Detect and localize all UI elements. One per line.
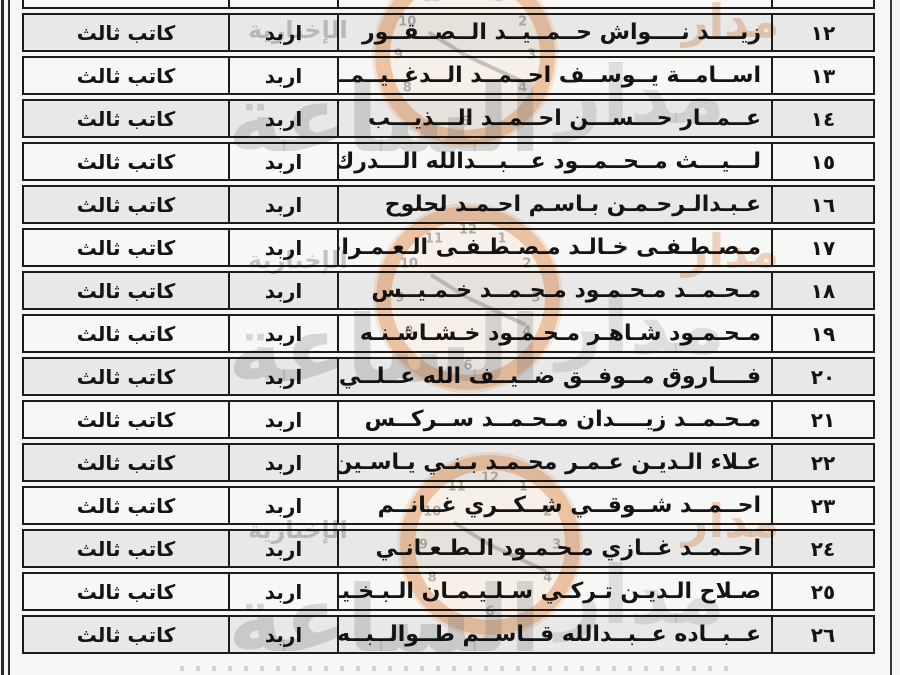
table-row: ١٥ لـــيـــث مــحــمــود عـــبـــدالله ا… xyxy=(22,142,875,181)
row-number-cell: ٢٤ xyxy=(773,531,873,566)
name-cell: عـبـدالـرحـمـن بـاسـم احـمـد لحلوح xyxy=(339,187,773,222)
job-title-cell: كاتب ثالث xyxy=(24,531,230,566)
row-number-cell: ١٣ xyxy=(773,58,873,93)
governorate-cell: اربد xyxy=(230,531,339,566)
table-row: ١٦ عـبـدالـرحـمـن بـاسـم احـمـد لحلوح ار… xyxy=(22,185,875,224)
row-number-cell: ١٥ xyxy=(773,144,873,179)
table-row: ١٣ اســامــة يــوســف احــمــد الــدغــي… xyxy=(22,56,875,95)
job-title-cell: كاتب ثالث xyxy=(24,488,230,523)
page-edge-line xyxy=(890,0,892,675)
job-title-cell: كاتب ثالث xyxy=(24,617,230,652)
table-row: ٢٠ فــــاروق مــوفــق ضــيــف الله عــلـ… xyxy=(22,357,875,396)
job-title-cell: كاتب ثالث xyxy=(24,230,230,265)
names-table: ١٢ زيــــد نــــواش حــمــيــد الــصــقـ… xyxy=(22,0,875,658)
job-title-cell: كاتب ثالث xyxy=(24,15,230,50)
row-number-cell: ٢١ xyxy=(773,402,873,437)
row-number-cell: ١٤ xyxy=(773,101,873,136)
job-title-cell: كاتب ثالث xyxy=(24,273,230,308)
name-cell: مـحـمـود شـاهـر مـحـمـود خـشـاشـنـه xyxy=(339,316,773,351)
name-cell: لـــيـــث مــحــمــود عـــبـــدالله الــ… xyxy=(339,144,773,179)
table-row-clipped xyxy=(22,0,875,9)
governorate-cell: اربد xyxy=(230,574,339,609)
cutoff-caption-text xyxy=(180,666,740,671)
job-title-cell: كاتب ثالث xyxy=(24,101,230,136)
table-row: ١٤ عــمــار حـــســـن احــمــد الـــذيــ… xyxy=(22,99,875,138)
governorate-cell xyxy=(230,0,339,7)
job-title-cell: كاتب ثالث xyxy=(24,187,230,222)
name-cell: مـحـمــد مـحـمـود مـحـمــد خـمـيــس xyxy=(339,273,773,308)
row-number-cell xyxy=(773,0,873,7)
row-number-cell: ٢٠ xyxy=(773,359,873,394)
job-title-cell: كاتب ثالث xyxy=(24,58,230,93)
governorate-cell: اربد xyxy=(230,101,339,136)
page-edge-line xyxy=(8,0,10,675)
row-number-cell: ١٦ xyxy=(773,187,873,222)
governorate-cell: اربد xyxy=(230,15,339,50)
table-row: ٢١ مـحـمــد زيــــدان مـحـمــد ســركــس … xyxy=(22,400,875,439)
row-number-cell: ١٨ xyxy=(773,273,873,308)
row-number-cell: ٢٥ xyxy=(773,574,873,609)
name-cell: مـحـمــد زيــــدان مـحـمــد ســركــس xyxy=(339,402,773,437)
governorate-cell: اربد xyxy=(230,273,339,308)
governorate-cell: اربد xyxy=(230,316,339,351)
job-title-cell: كاتب ثالث xyxy=(24,144,230,179)
name-cell: احــمــد غــازي مـحـمـود الـطـعـانـي xyxy=(339,531,773,566)
table-row: ٢٢ عـلاء الـديـن عـمـر محـمـد بـنـي يـاس… xyxy=(22,443,875,482)
table-row: ٢٦ عــبــاده عــبــدالله قــاســم طــوال… xyxy=(22,615,875,654)
governorate-cell: اربد xyxy=(230,359,339,394)
job-title-cell: كاتب ثالث xyxy=(24,445,230,480)
governorate-cell: اربد xyxy=(230,187,339,222)
name-cell: احــمــد شــوقــي شــكــري غــانــم xyxy=(339,488,773,523)
name-cell: عــمــار حـــســـن احــمــد الـــذيـــب xyxy=(339,101,773,136)
name-cell: عــبــاده عــبــدالله قــاســم طــوالــب… xyxy=(339,617,773,652)
table-row: ١٧ مـصـطـفـى خـالـد مـصـطـفـى الـعـمـرات… xyxy=(22,228,875,267)
row-number-cell: ١٧ xyxy=(773,230,873,265)
name-cell: صـلاح الـديـن تـركـي سـلـيـمـان الـبـخـي… xyxy=(339,574,773,609)
page-edge-line xyxy=(1,0,4,675)
governorate-cell: اربد xyxy=(230,230,339,265)
governorate-cell: اربد xyxy=(230,488,339,523)
governorate-cell: اربد xyxy=(230,445,339,480)
governorate-cell: اربد xyxy=(230,58,339,93)
table-row: ١٢ زيــــد نــــواش حــمــيــد الــصــقـ… xyxy=(22,13,875,52)
governorate-cell: اربد xyxy=(230,402,339,437)
job-title-cell: كاتب ثالث xyxy=(24,316,230,351)
governorate-cell: اربد xyxy=(230,144,339,179)
name-cell xyxy=(339,0,773,7)
row-number-cell: ٢٣ xyxy=(773,488,873,523)
row-number-cell: ١٩ xyxy=(773,316,873,351)
table-row: ٢٤ احــمــد غــازي مـحـمـود الـطـعـانـي … xyxy=(22,529,875,568)
scanned-document-page: ١٢ زيــــد نــــواش حــمــيــد الــصــقـ… xyxy=(0,0,900,675)
job-title-cell: كاتب ثالث xyxy=(24,359,230,394)
name-cell: اســامــة يــوســف احــمــد الــدغــيــم… xyxy=(339,58,773,93)
table-row: ٢٥ صـلاح الـديـن تـركـي سـلـيـمـان الـبـ… xyxy=(22,572,875,611)
name-cell: زيــــد نــــواش حــمــيــد الــصــقــور xyxy=(339,15,773,50)
row-number-cell: ١٢ xyxy=(773,15,873,50)
row-number-cell: ٢٢ xyxy=(773,445,873,480)
table-row: ١٨ مـحـمــد مـحـمـود مـحـمــد خـمـيــس ا… xyxy=(22,271,875,310)
row-number-cell: ٢٦ xyxy=(773,617,873,652)
name-cell: عـلاء الـديـن عـمـر محـمـد بـنـي يـاسـين xyxy=(339,445,773,480)
name-cell: مـصـطـفـى خـالـد مـصـطـفـى الـعـمـرات xyxy=(339,230,773,265)
job-title-cell xyxy=(24,0,230,7)
name-cell: فــــاروق مــوفــق ضــيــف الله عــلــي xyxy=(339,359,773,394)
table-row: ٢٣ احــمــد شــوقــي شــكــري غــانــم ا… xyxy=(22,486,875,525)
table-row: ١٩ مـحـمـود شـاهـر مـحـمـود خـشـاشـنـه ا… xyxy=(22,314,875,353)
job-title-cell: كاتب ثالث xyxy=(24,574,230,609)
job-title-cell: كاتب ثالث xyxy=(24,402,230,437)
governorate-cell: اربد xyxy=(230,617,339,652)
